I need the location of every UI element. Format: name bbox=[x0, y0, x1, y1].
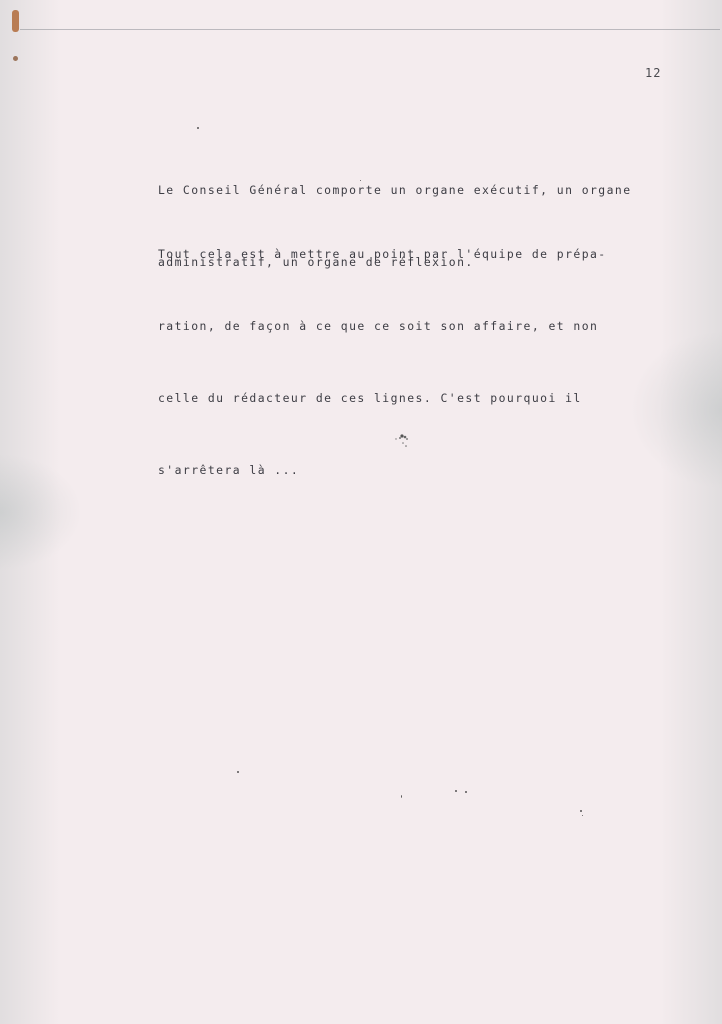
speck bbox=[582, 815, 583, 816]
text-line: Tout cela est à mettre au point par l'éq… bbox=[158, 242, 678, 266]
speck bbox=[237, 771, 239, 773]
page-top-edge bbox=[20, 29, 720, 30]
text-line: s'arrêtera là ... bbox=[158, 458, 678, 482]
speck bbox=[360, 180, 361, 181]
text-line: celle du rédacteur de ces lignes. C'est … bbox=[158, 386, 678, 410]
speck bbox=[580, 810, 582, 812]
staple-mark bbox=[12, 10, 19, 32]
paragraph-2: Tout cela est à mettre au point par l'éq… bbox=[158, 194, 678, 530]
rust-spot bbox=[13, 56, 18, 61]
speck bbox=[401, 795, 402, 798]
speck bbox=[197, 127, 199, 129]
speck bbox=[465, 791, 467, 793]
scanned-page: 12 Le Conseil Général comporte un organe… bbox=[0, 0, 722, 1024]
speck bbox=[455, 790, 457, 792]
ink-smudge bbox=[392, 430, 416, 450]
page-number: 12 bbox=[645, 66, 661, 80]
text-line: ration, de façon à ce que ce soit son af… bbox=[158, 314, 678, 338]
